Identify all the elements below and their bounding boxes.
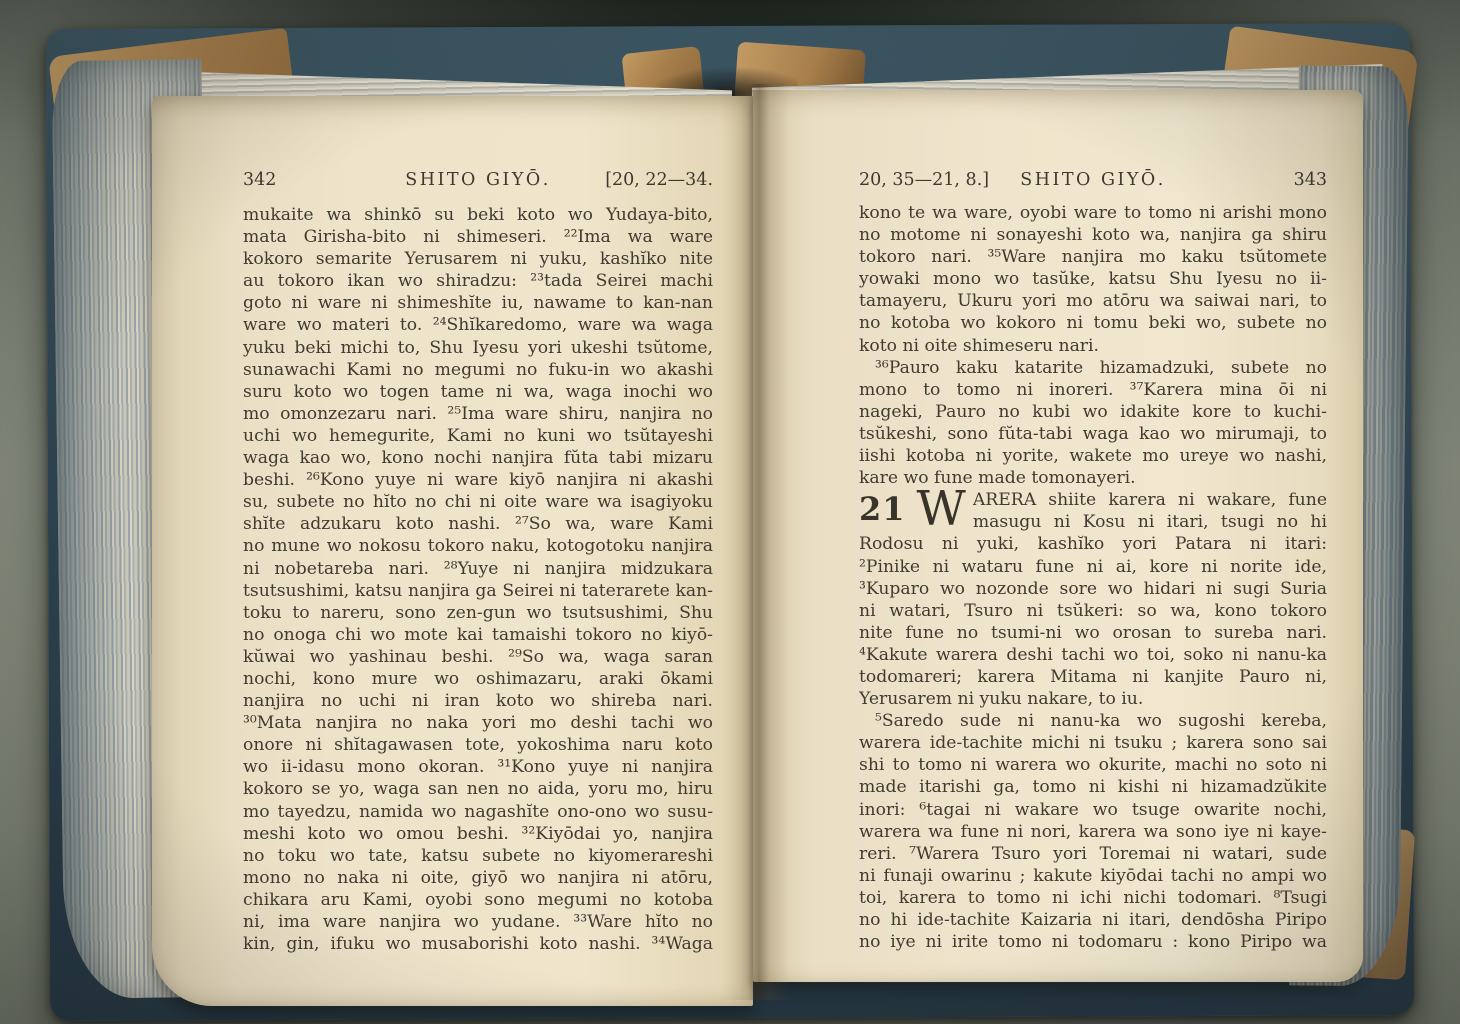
text-line: mono to tomo ni inoreri. ³⁷Karera mina ō… — [859, 379, 1327, 401]
text-line: beshi. ²⁶Kono yuye ni ware kiyō nanjira … — [243, 469, 713, 491]
text-line: ³⁶Pauro kaku katarite hizamadzuki, subet… — [859, 357, 1327, 379]
text-line: tokoro nari. ³⁵Ware nanjira mo kaku tsŭt… — [859, 246, 1327, 268]
text-line: mata Girisha-bito ni shimeseri. ²²Ima wa… — [243, 226, 713, 248]
text-line: chikara aru Kami, oyobi sono megumi no k… — [243, 889, 713, 911]
text-line: todomareri; karera Mitama ni kanjite Pau… — [859, 666, 1327, 688]
text-line: mo omonzezaru nari. ²⁵Ima ware shiru, na… — [243, 403, 713, 425]
text-line: au tokoro ikan wo shiradzu: ²³tada Seire… — [243, 270, 713, 292]
text-line: su, subete no hĭto no chi ni oite ware w… — [243, 491, 713, 513]
text-line: ware wo materi to. ²⁴Shĭkaredomo, ware w… — [243, 314, 713, 336]
book: 342 SHITO GIYŌ. [20, 22—34. mukaite wa s… — [48, 26, 1412, 1018]
chapter-dropcap: W — [917, 489, 966, 533]
text-line: kŭwai wo yashinau beshi. ²⁹So wa, waga s… — [243, 646, 713, 668]
text-line: uchi wo hemegurite, Kami no kuni wo tsŭt… — [243, 425, 713, 447]
text-line: inori: ⁶tagai ni wakare wo tsuge owarite… — [859, 799, 1327, 821]
chapter-start: 21WARERA shiite karera ni wakare, fune n… — [859, 489, 1327, 533]
left-running-title: SHITO GIYŌ. — [405, 170, 551, 190]
chapter-text: ARERA shiite karera ni wakare, fune nite… — [973, 489, 1327, 533]
text-line: ni nobetareba nari. ²⁸Yuye ni nanjira mi… — [243, 558, 713, 580]
photo-backdrop: 342 SHITO GIYŌ. [20, 22—34. mukaite wa s… — [0, 0, 1460, 1024]
text-line: no mune wo nokosu tokoro naku, kotogotok… — [243, 535, 713, 557]
text-line: nochi, kono mure wo oshimazaru, araki ōk… — [243, 668, 713, 690]
text-line: toi, karera to tomo ni ichi nichi todoma… — [859, 887, 1327, 909]
right-page-number: 343 — [1166, 170, 1327, 190]
text-line: no onoga chi wo mote kai tamaishi tokoro… — [243, 624, 713, 646]
text-line: no iye ni irite tomo ni todomaru : kono … — [859, 931, 1327, 953]
text-line: iishi kotoba ni yorite, wakete mo ureye … — [859, 445, 1327, 467]
left-page-header: 342 SHITO GIYŌ. [20, 22—34. — [243, 170, 713, 190]
text-line: mo tayedzu, namida wo nagashĭte ono-ono … — [243, 801, 713, 823]
right-running-title: SHITO GIYŌ. — [1020, 170, 1166, 190]
text-line: yowaki mono wo tasŭke, katsu Shu Iyesu n… — [859, 268, 1327, 290]
text-line: meshi koto wo omou beshi. ³²Kiyōdai yo, … — [243, 823, 713, 845]
text-line: sunawachi Kami no megumi no fuku-in wo a… — [243, 359, 713, 381]
text-line: onore ni shĭtagawasen tote, yokoshima na… — [243, 734, 713, 756]
text-line: nanjira no uchi ni iran koto wo shireba … — [243, 690, 713, 712]
right-page: 20, 35—21, 8.] SHITO GIYŌ. 343 kono te w… — [753, 90, 1363, 982]
right-verse-range: 20, 35—21, 8.] — [859, 170, 1020, 190]
text-line: no motome ni sonayeshi koto wa, nanjira … — [859, 224, 1327, 246]
text-line: Yerusarem ni yuku nakare, to iu. — [859, 688, 1327, 710]
right-page-text: kono te wa ware, oyobi ware to tomo ni a… — [859, 202, 1327, 953]
chapter-number: 21 — [859, 489, 906, 533]
text-line: warera ide-tachite michi ni tsuku ; kare… — [859, 732, 1327, 754]
text-line: mukaite wa shinkō su beki koto wo Yudaya… — [243, 204, 713, 226]
text-line: no hi ide-tachite Kaizaria ni itari, den… — [859, 909, 1327, 931]
text-line: made itarishi ga, tomo ni kishi ni hizam… — [859, 776, 1327, 798]
left-page-text: mukaite wa shinkō su beki koto wo Yudaya… — [243, 204, 713, 955]
text-line: ARERA shiite karera ni wakare, fune nite — [973, 489, 1327, 511]
text-line: Rodosu ni yuki, kashĭko yori Patara ni i… — [859, 533, 1327, 555]
text-line: reri. ⁷Warera Tsuro yori Toremai ni wata… — [859, 843, 1327, 865]
text-line: kokoro semarite Yerusarem ni yuku, kashĭ… — [243, 248, 713, 270]
text-line: tsŭkeshi, sono fŭta-tabi waga kao wo mir… — [859, 423, 1327, 445]
text-line: ²Pinike ni wataru fune ni ai, kore ni no… — [859, 556, 1327, 578]
text-line: nite fune no tsumi-ni wo orosan to sureb… — [859, 622, 1327, 644]
text-line: ⁵Saredo sude ni nanu-ka wo sugoshi kereb… — [859, 710, 1327, 732]
text-line: tamayeru, Ukuru yori mo atōru wa saiwai … — [859, 290, 1327, 312]
left-page-number: 342 — [243, 170, 405, 190]
text-line: kono te wa ware, oyobi ware to tomo ni a… — [859, 202, 1327, 224]
text-line: ni, ima ware nanjira wo yudane. ³³Ware h… — [243, 911, 713, 933]
text-line: yuku beki michi to, Shu Iyesu yori ukesh… — [243, 337, 713, 359]
text-line: ⁴Kakute warera deshi tachi wo toi, soko … — [859, 644, 1327, 666]
left-verse-range: [20, 22—34. — [551, 170, 713, 190]
text-line: masugu ni Kosu ni itari, tsugi no hi — [973, 511, 1327, 533]
text-line: ³⁰Mata nanjira no naka yori mo deshi tac… — [243, 712, 713, 734]
text-line: koto ni oite shimeseru nari. — [859, 335, 1327, 357]
text-line: suru koto wo togen tame ni wa, waga inoc… — [243, 381, 713, 403]
text-line: warera wa fune ni nori, karera wa sono i… — [859, 821, 1327, 843]
text-line: shĭte adzukaru koto nashi. ²⁷So wa, ware… — [243, 513, 713, 535]
text-line: toku to nareru, sono zen-gun wo tsutsush… — [243, 602, 713, 624]
left-page: 342 SHITO GIYŌ. [20, 22—34. mukaite wa s… — [152, 96, 753, 1006]
text-line: kokoro se yo, waga san nen no aida, yoru… — [243, 778, 713, 800]
text-line: mono no naka ni oite, giyō wo nanjira ni… — [243, 867, 713, 889]
text-line: nageki, Pauro no kubi wo idakite kore to… — [859, 401, 1327, 423]
text-line: no kotoba wo kokoro ni tomu beki wo, sub… — [859, 312, 1327, 334]
text-line: waga kao wo, kono nochi nanjira fŭta tab… — [243, 447, 713, 469]
text-line: no toku wo tate, katsu subete no kiyomer… — [243, 845, 713, 867]
text-line: goto ni ware ni shimeshĭte iu, nawame to… — [243, 292, 713, 314]
text-line: ³Kuparo wo nozonde sore wo hidari ni sug… — [859, 578, 1327, 600]
text-line: tsutsushimi, katsu nanjira ga Seirei ni … — [243, 580, 713, 602]
right-page-header: 20, 35—21, 8.] SHITO GIYŌ. 343 — [859, 170, 1327, 190]
text-line: shi to tomo ni warera wo okurite, machi … — [859, 754, 1327, 776]
text-line: kin, gin, ifuku wo musaborishi koto nash… — [243, 933, 713, 955]
text-line: ni funaji owarinu ; kakute kiyōdai tachi… — [859, 865, 1327, 887]
text-line: wo ii-idasu mono okoran. ³¹Kono yuye ni … — [243, 756, 713, 778]
text-line: ni watari, Tsuro ni tsŭkeri: so wa, kono… — [859, 600, 1327, 622]
